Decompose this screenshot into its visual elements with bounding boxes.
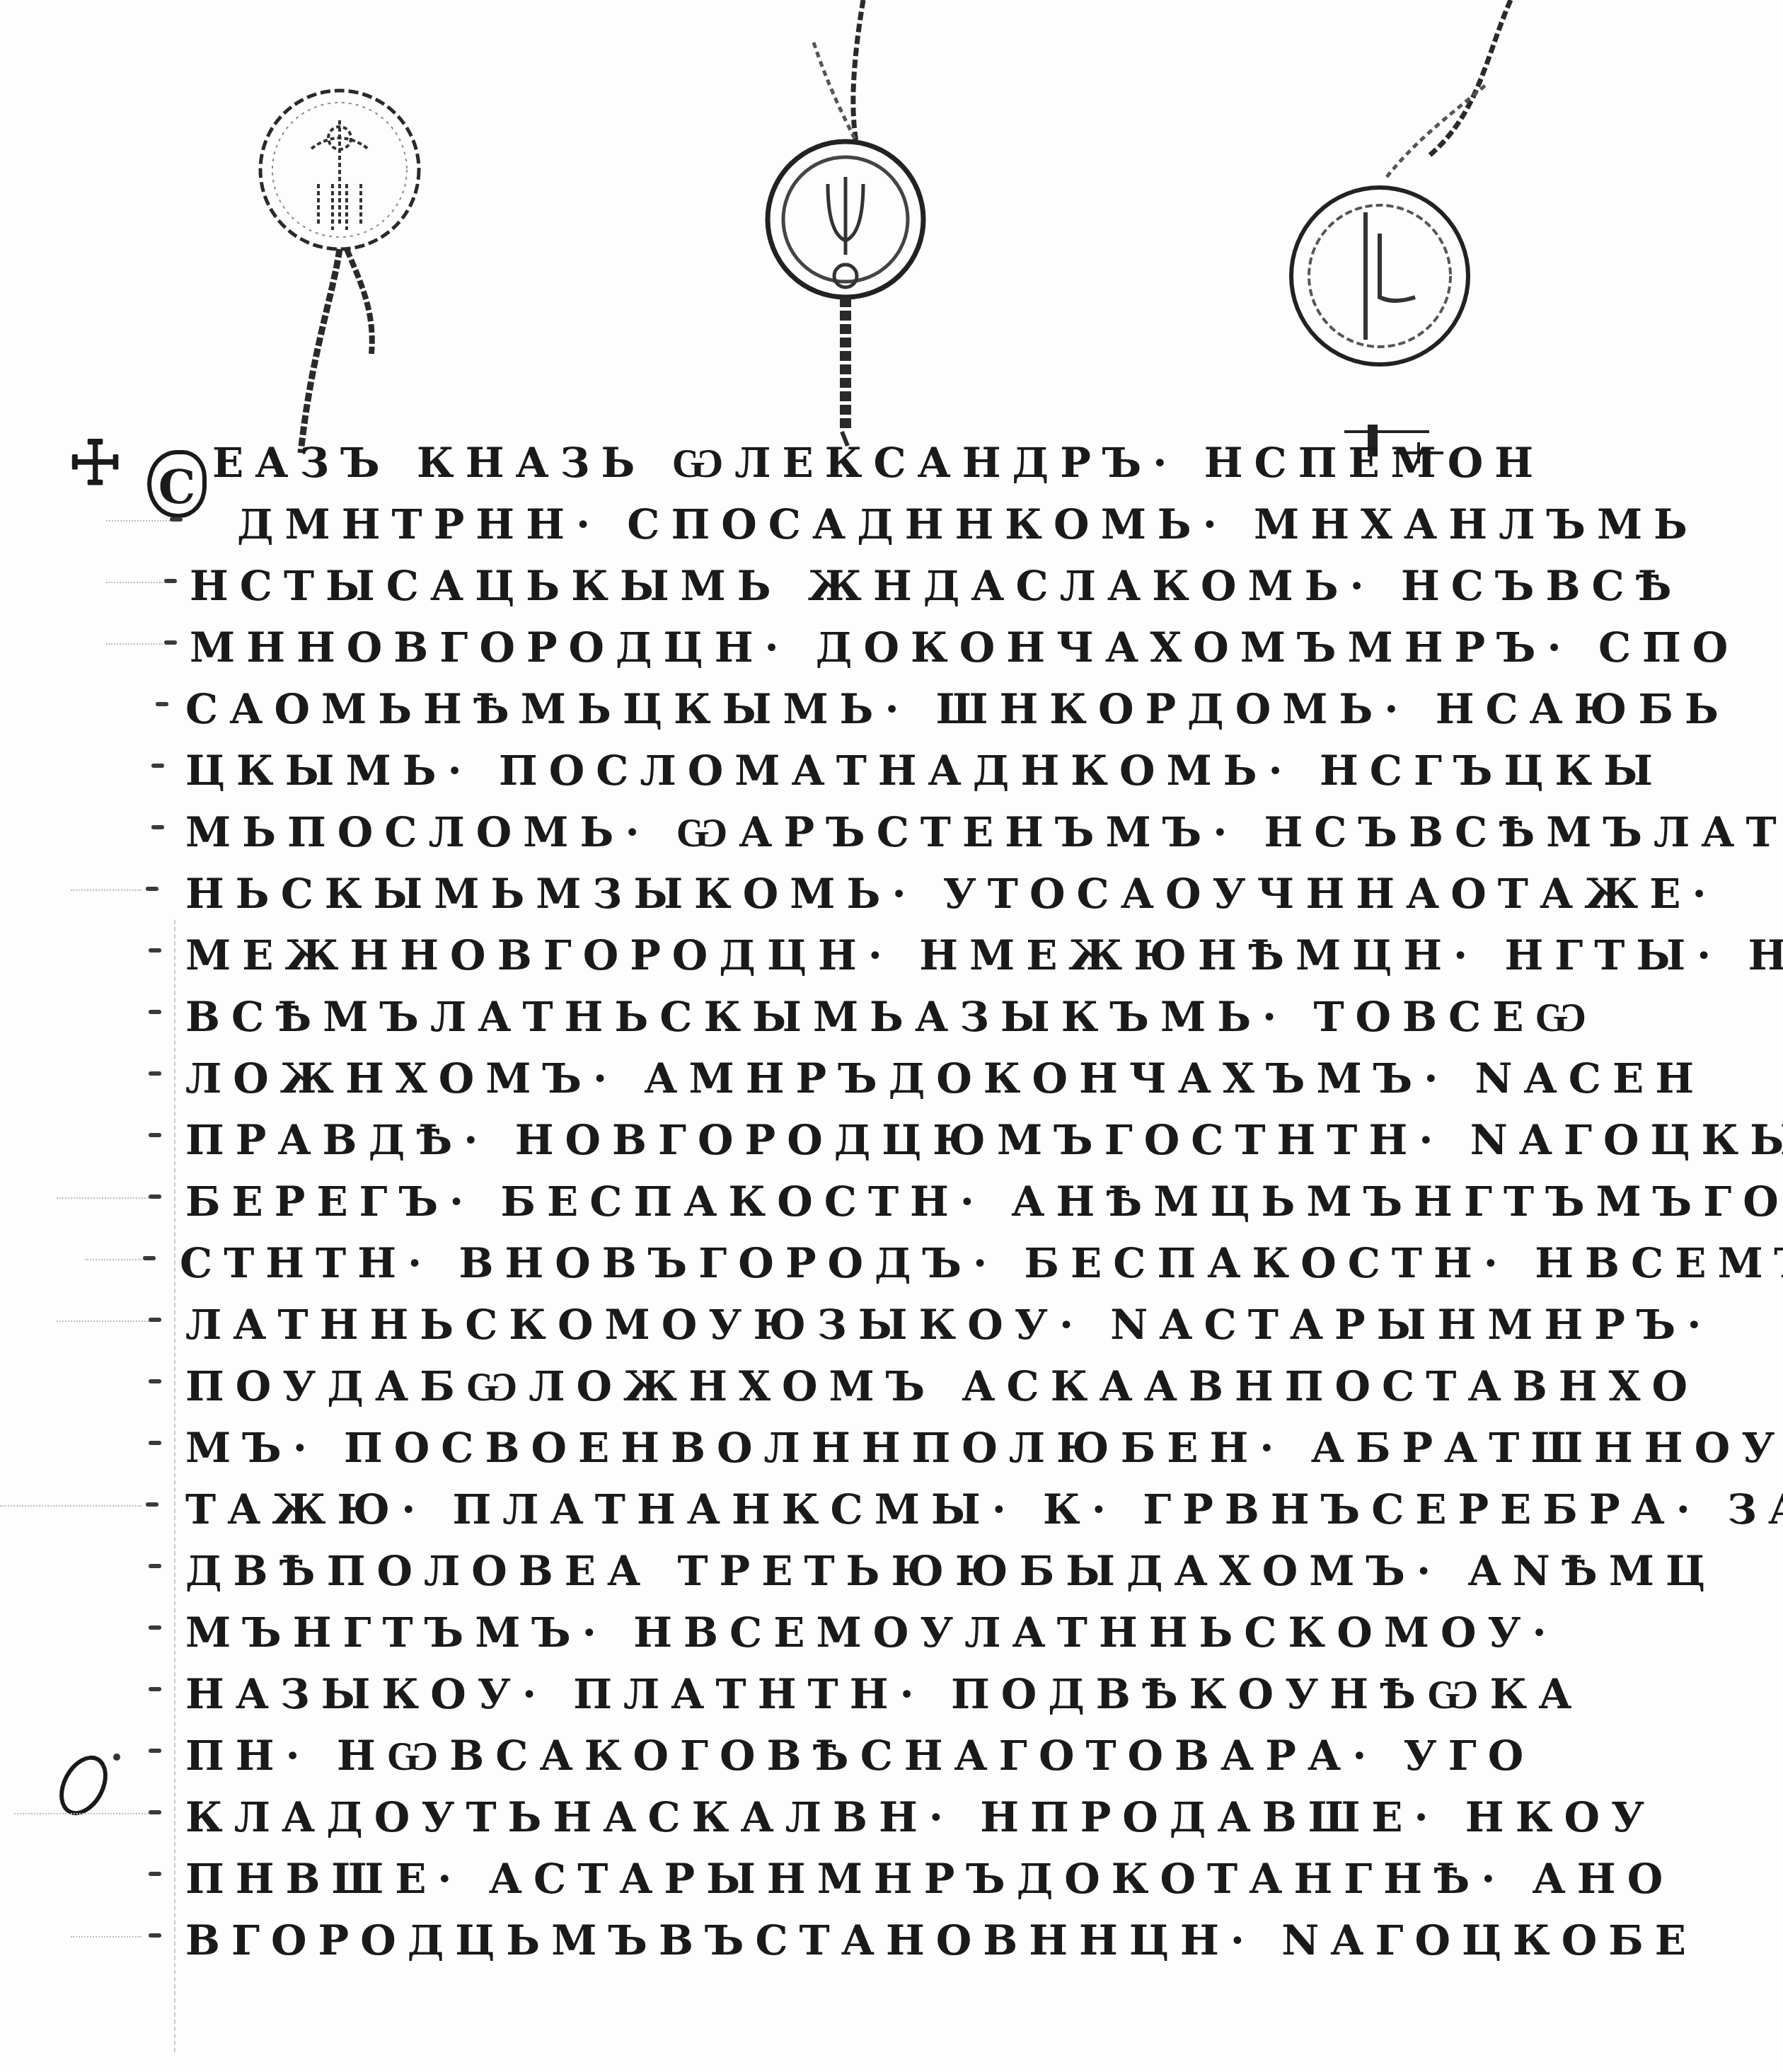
line-guide xyxy=(85,1259,142,1260)
line-dash-marker xyxy=(149,1564,161,1568)
text-line-22: ПН· НѠВСАКОГОВѢСНАГОТОВАРА· УГО xyxy=(0,1725,1783,1786)
text-line-23: КЛАДОУТЬНАСКАЛВН· НПРОДАВШЕ· НКОУ xyxy=(0,1786,1783,1848)
line-text: САОМЬНѢМЬЦКЫМЬ· ШНКОРДОМЬ· НСАЮБЬ xyxy=(185,684,1730,735)
line-guide xyxy=(71,890,142,891)
line-dash-marker xyxy=(143,1256,156,1260)
line-text: ВГОРОДЦЬМЪВЪСТАНОВННЦН· NАГОЦКОБЕ xyxy=(185,1915,1697,1966)
line-text: ДВѢПОЛОВЕА ТРЕТЬЮЮБЫДАХОМЪ· АNѢМЦ xyxy=(185,1546,1716,1596)
text-line-11: ЛОЖНХОМЪ· АМНРЪДОКОНЧАХЪМЪ· NАСЕН xyxy=(0,1047,1783,1109)
text-line-19: ДВѢПОЛОВЕА ТРЕТЬЮЮБЫДАХОМЪ· АNѢМЦ xyxy=(0,1540,1783,1601)
line-dash-marker xyxy=(149,1872,161,1876)
text-line-21: НАЗЫКОУ· ПЛАТНТН· ПОДВѢКОУНѢѠКА xyxy=(0,1663,1783,1725)
text-line-4: МННОВГОРОДЦН· ДОКОНЧАХОМЪМНРЪ· СПО xyxy=(0,616,1783,678)
line-dash-marker xyxy=(149,1441,161,1445)
line-text: ЛАТННЬСКОМОУЮЗЫКОУ· NАСТАРЫНМНРЪ· xyxy=(185,1299,1713,1350)
line-dash-marker xyxy=(149,1687,161,1691)
text-line-5: САОМЬНѢМЬЦКЫМЬ· ШНКОРДОМЬ· НСАЮБЬ xyxy=(0,678,1783,739)
line-text: НСТЫСАЦЬКЫМЬ ЖНДАСЛАКОМЬ· НСЪВСѢ xyxy=(190,560,1683,611)
line-dash-marker xyxy=(151,825,164,829)
line-text: ЦКЫМЬ· ПОСЛОМАТНАДНКОМЬ· НСГЪЦКЫ xyxy=(185,745,1664,796)
line-guide xyxy=(71,1936,142,1938)
line-dash-marker xyxy=(149,1133,161,1137)
text-line-15: ЛАТННЬСКОМОУЮЗЫКОУ· NАСТАРЫНМНРЪ· xyxy=(0,1294,1783,1355)
text-line-20: МЪНГТЪМЪ· НВСЕМОУЛАТННЬСКОМОУ· xyxy=(0,1601,1783,1663)
line-text: МННОВГОРОДЦН· ДОКОНЧАХОМЪМНРЪ· СПО xyxy=(190,622,1739,673)
line-text: ПНВШЕ· АСТАРЫНМНРЪДОКОТАНГНѢ· АНО xyxy=(185,1853,1674,1904)
seal-1-icon xyxy=(233,85,446,453)
line-dash-marker xyxy=(149,1010,161,1014)
text-line-8: НЬСКЫМЬМЗЫКОМЬ· УТОСАОУЧННАОТАЖЕ· xyxy=(0,863,1783,924)
line-guide xyxy=(57,1197,149,1199)
text-line-1: ЕАЗЪ КНАЗЬ ѠЛЕКСАНДРЪ· НСПЕМОН xyxy=(0,432,1783,493)
line-dash-marker xyxy=(149,948,161,952)
line-text: НЬСКЫМЬМЗЫКОМЬ· УТОСАОУЧННАОТАЖЕ· xyxy=(185,868,1718,919)
line-text: СТНТН· ВНОВЪГОРОДЪ· БЕСПАКОСТН· НВСЕМЪ xyxy=(180,1238,1783,1289)
line-dash-marker xyxy=(156,702,168,706)
line-text: КЛАДОУТЬНАСКАЛВН· НПРОДАВШЕ· НКОУ xyxy=(185,1792,1656,1843)
line-dash-marker xyxy=(146,1502,158,1507)
line-guide xyxy=(0,1505,142,1507)
manuscript-page: ☩ С ЕАЗЪ КНАЗЬ ѠЛЕКСАНДРЪ· НСПЕМОН ДМНТР… xyxy=(0,0,1783,2072)
line-text: БЕРЕГЪ· БЕСПАКОСТН· АНѢМЦЬМЪНГТЪМЪГО xyxy=(185,1176,1783,1227)
text-line-17: МЪ· ПОСВОЕНВОЛННПОЛЮБЕН· АБРАТШННОУ xyxy=(0,1417,1783,1478)
line-guide xyxy=(57,1320,149,1322)
text-line-2: ДМНТРНН· СПОСАДННКОМЬ· МНХАНЛЪМЬ xyxy=(0,493,1783,555)
line-dash-marker xyxy=(164,640,177,645)
line-dash-marker xyxy=(149,1195,161,1199)
line-text: НАЗЫКОУ· ПЛАТНТН· ПОДВѢКОУНѢѠКА xyxy=(185,1669,1583,1720)
text-line-3: НСТЫСАЦЬКЫМЬ ЖНДАСЛАКОМЬ· НСЪВСѢ xyxy=(0,555,1783,616)
text-line-9: МЕЖННОВГОРОДЦН· НМЕЖЮНѢМЦН· НГТЫ· НСО xyxy=(0,924,1783,986)
line-text: МЪНГТЪМЪ· НВСЕМОУЛАТННЬСКОМОУ· xyxy=(185,1607,1558,1658)
line-text: МЬПОСЛОМЬ· ѠАРЪСТЕНЪМЪ· НСЪВСѢМЪЛАТН xyxy=(185,807,1783,858)
line-dash-marker xyxy=(149,1318,161,1322)
line-dash-marker xyxy=(149,1379,161,1383)
line-text: ЛОЖНХОМЪ· АМНРЪДОКОНЧАХЪМЪ· NАСЕН xyxy=(185,1053,1705,1104)
line-text: ПН· НѠВСАКОГОВѢСНАГОТОВАРА· УГО xyxy=(185,1730,1535,1781)
line-dash-marker xyxy=(149,1749,161,1753)
line-text: ТАЖЮ· ПЛАТНАНКСМЫ· К· ГРВНЪСЕРЕБРА· ЗА xyxy=(185,1484,1783,1535)
line-text: ПОУДАБѠЛОЖНХОМЪ АСКААВНПОСТАВНХО xyxy=(185,1361,1699,1412)
text-line-12: ПРАВДѢ· НОВГОРОДЦЮМЪГОСТНТН· NАГОЦКЫН xyxy=(0,1109,1783,1170)
line-dash-marker xyxy=(151,764,164,768)
text-line-7: МЬПОСЛОМЬ· ѠАРЪСТЕНЪМЪ· НСЪВСѢМЪЛАТН xyxy=(0,801,1783,863)
line-text: МЕЖННОВГОРОДЦН· НМЕЖЮНѢМЦН· НГТЫ· НСО xyxy=(185,930,1783,981)
charter-text: ЕАЗЪ КНАЗЬ ѠЛЕКСАНДРЪ· НСПЕМОН ДМНТРНН· … xyxy=(0,432,1783,1971)
line-text: ПРАВДѢ· НОВГОРОДЦЮМЪГОСТНТН· NАГОЦКЫН xyxy=(185,1115,1783,1165)
line-dash-marker xyxy=(149,1625,161,1630)
line-guide xyxy=(106,643,163,645)
text-line-18: ТАЖЮ· ПЛАТНАНКСМЫ· К· ГРВНЪСЕРЕБРА· ЗА xyxy=(0,1478,1783,1540)
line-dash-marker xyxy=(164,579,177,583)
text-line-16: ПОУДАБѠЛОЖНХОМЪ АСКААВНПОСТАВНХО xyxy=(0,1355,1783,1417)
line-dash-marker xyxy=(170,517,183,522)
seal-3-icon xyxy=(1274,0,1528,467)
text-line-24: ПНВШЕ· АСТАРЫНМНРЪДОКОТАНГНѢ· АНО xyxy=(0,1848,1783,1909)
text-line-6: ЦКЫМЬ· ПОСЛОМАТНАДНКОМЬ· НСГЪЦКЫ xyxy=(0,739,1783,801)
line-dash-marker xyxy=(149,1810,161,1814)
text-line-13: БЕРЕГЪ· БЕСПАКОСТН· АНѢМЦЬМЪНГТЪМЪГО xyxy=(0,1170,1783,1232)
line-dash-marker xyxy=(149,1933,161,1938)
line-dash-marker xyxy=(146,887,158,891)
line-guide xyxy=(14,1813,149,1814)
line-text: ЕАЗЪ КНАЗЬ ѠЛЕКСАНДРЪ· НСПЕМОН xyxy=(212,437,1545,488)
line-text: ДМНТРНН· СПОСАДННКОМЬ· МНХАНЛЪМЬ xyxy=(237,499,1699,550)
text-line-14: СТНТН· ВНОВЪГОРОДЪ· БЕСПАКОСТН· НВСЕМЪ xyxy=(0,1232,1783,1294)
line-dash-marker xyxy=(149,1071,161,1076)
line-text: МЪ· ПОСВОЕНВОЛННПОЛЮБЕН· АБРАТШННОУ xyxy=(185,1422,1783,1473)
text-line-10: ВСѢМЪЛАТНЬСКЫМЬАЗЫКЪМЬ· ТОВСЕѠ xyxy=(0,986,1783,1047)
seal-2-icon xyxy=(736,0,948,453)
text-line-25: ВГОРОДЦЬМЪВЪСТАНОВННЦН· NАГОЦКОБЕ xyxy=(0,1909,1783,1971)
line-guide xyxy=(106,582,163,583)
line-guide xyxy=(106,520,170,522)
line-text: ВСѢМЪЛАТНЬСКЫМЬАЗЫКЪМЬ· ТОВСЕѠ xyxy=(185,991,1598,1042)
